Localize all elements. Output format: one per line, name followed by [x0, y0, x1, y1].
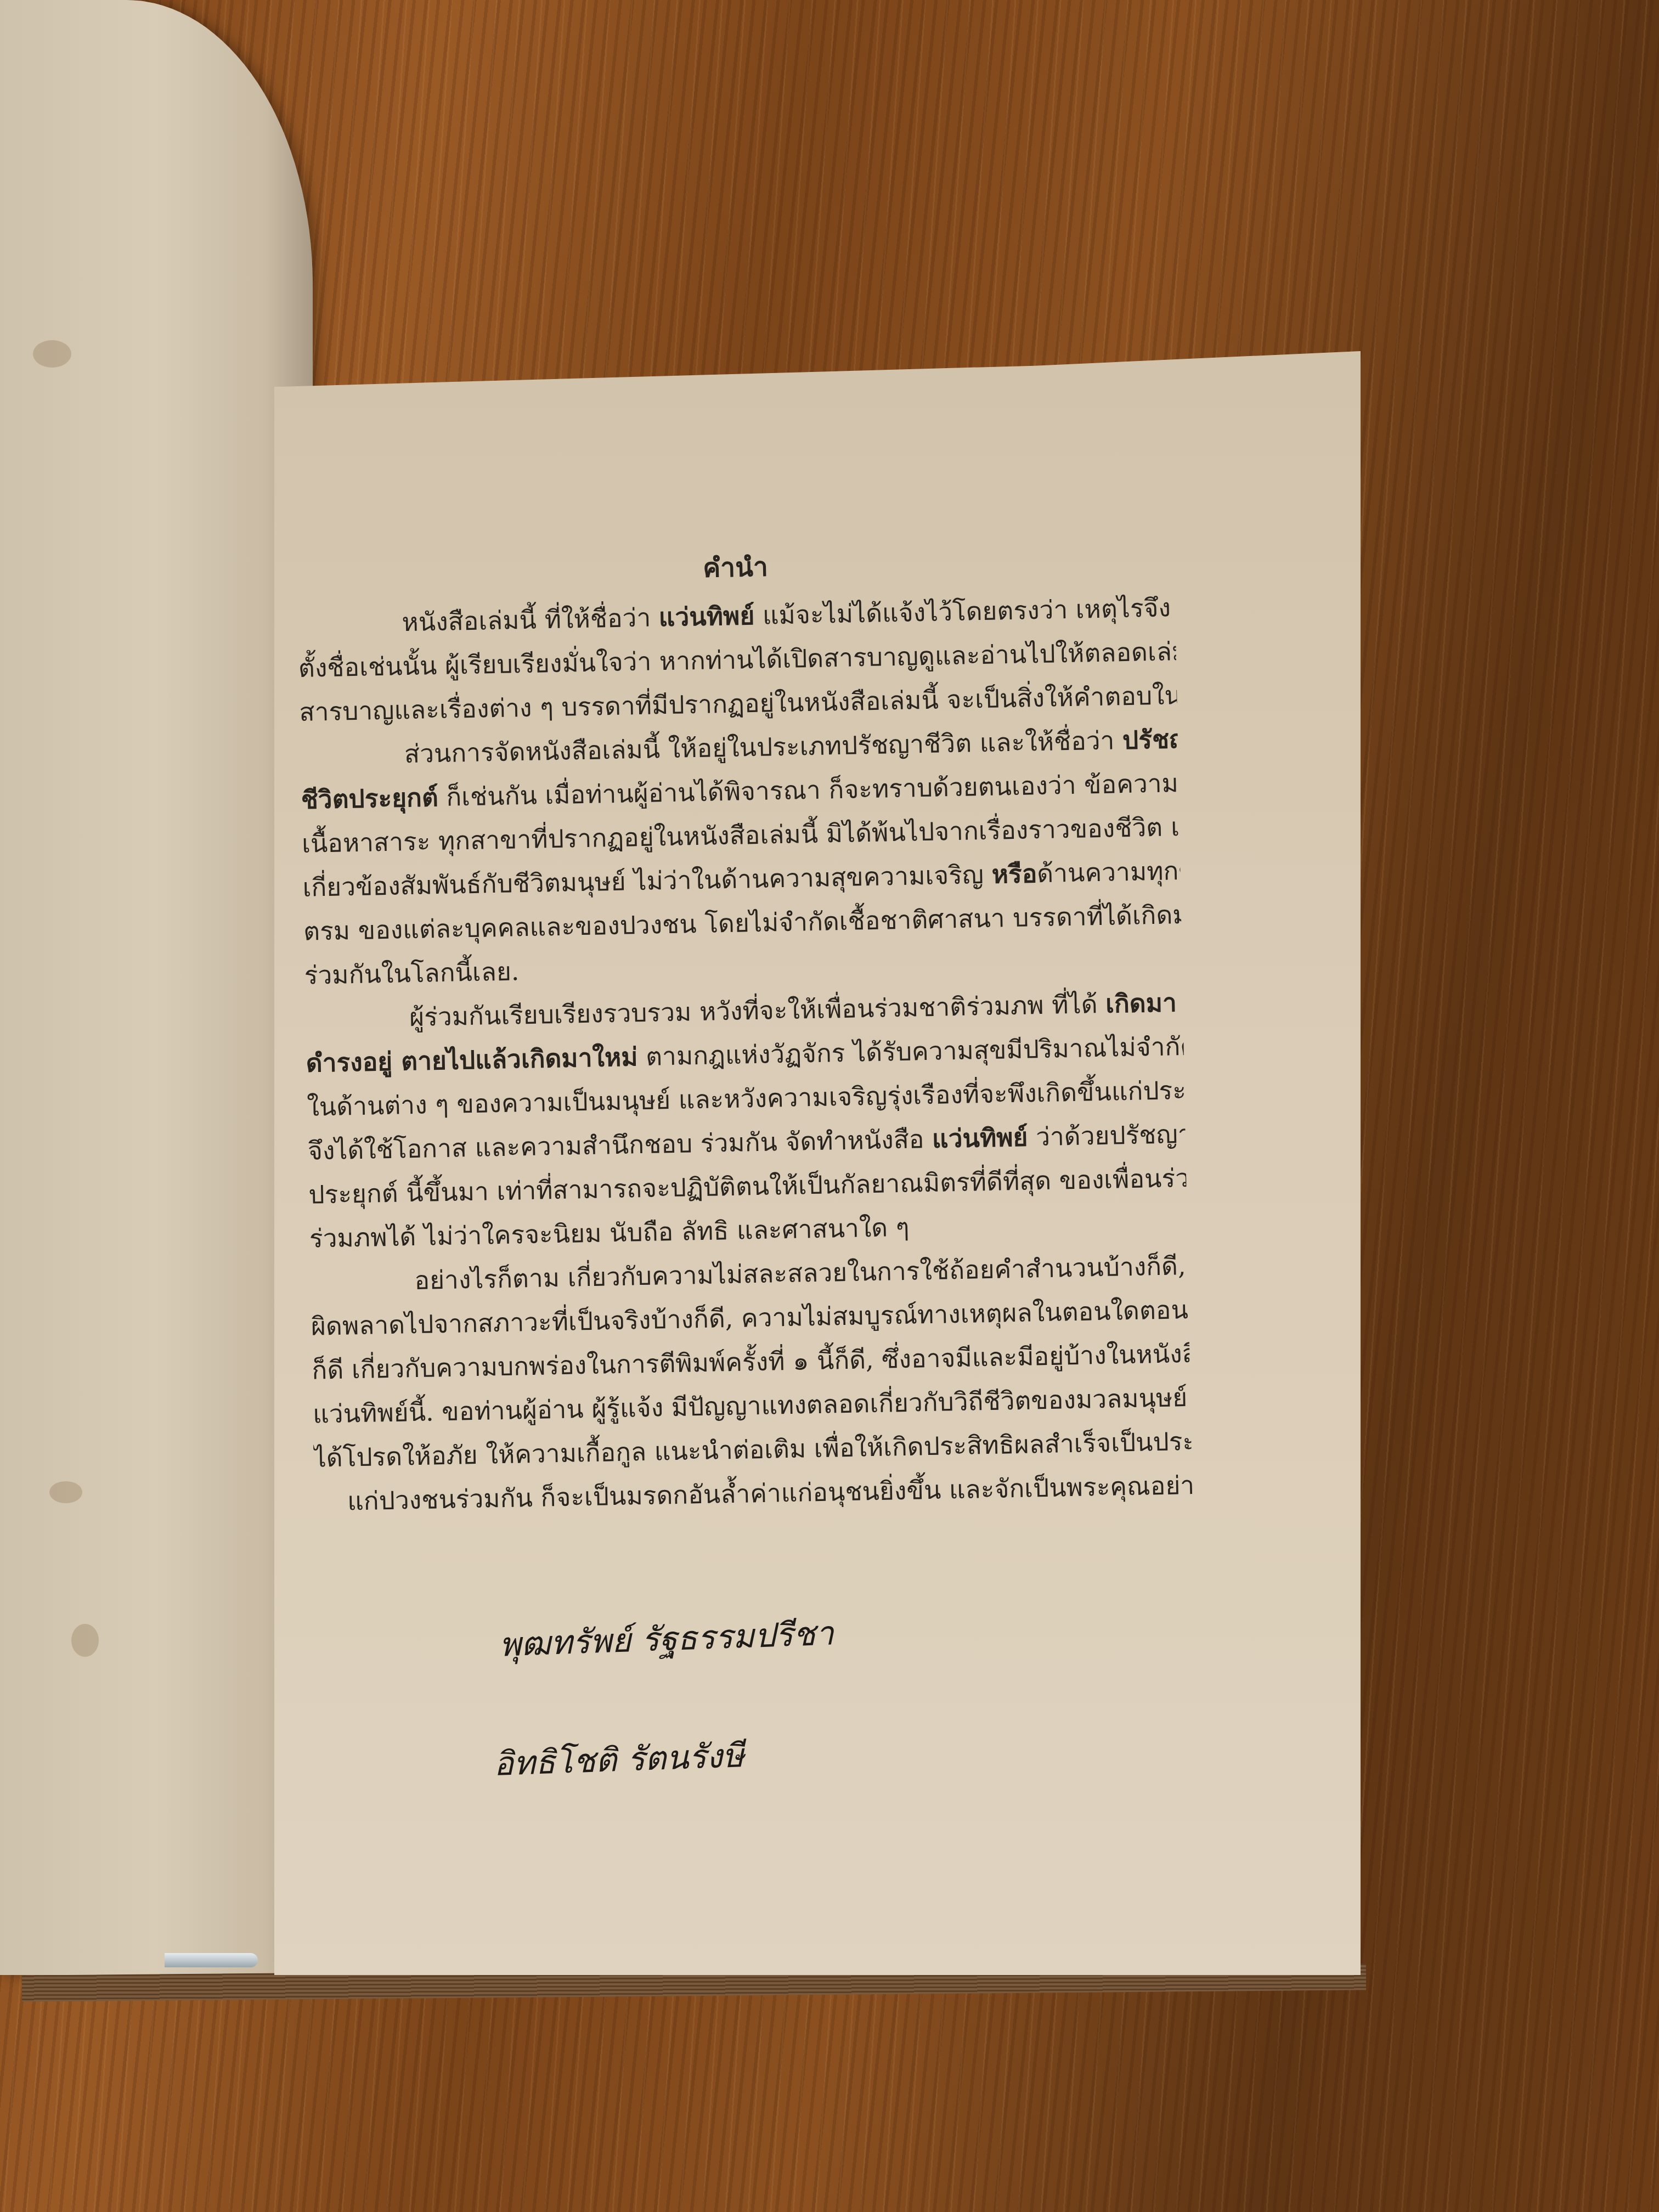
paragraph: อย่างไรก็ตาม เกี่ยวกับความไม่สละสลวยในกา… [310, 1244, 1193, 1524]
metal-clip [165, 1953, 258, 1967]
bold-term: เกิดมา [1105, 988, 1177, 1018]
text-segment: ด้านความทุกข์ความ [1037, 854, 1181, 888]
text-segment: ส่วนการจัดหนังสือเล่มนี้ ให้อยู่ในประเภท… [404, 725, 1123, 769]
page-stain [33, 340, 71, 368]
bold-term: ดำรงอยู่ [306, 1047, 401, 1078]
text-segment: ร่วมกันในโลกนี้เลย. [304, 956, 520, 990]
text-segment: หนังสือเล่มนี้ ที่ให้ชื่อว่า [402, 602, 659, 637]
bold-term: หรือ [991, 859, 1037, 889]
text-segment: จึงได้ใช้โอกาส และความสำนึกชอบ ร่วมกัน จ… [307, 1124, 932, 1166]
text-segment: อย่างไรก็ตาม เกี่ยวกับความไม่สละสลวยในกา… [414, 1250, 1188, 1295]
text-segment: ว่าด้วยปรัชญาชีวิต [1028, 1118, 1186, 1152]
left-page-curled [0, 0, 313, 1975]
text-segment: เกี่ยวข้องสัมพันธ์กับชีวิตมนุษย์ ไม่ว่าใ… [302, 860, 992, 902]
bold-term: ชีวิตประยุกต์ [301, 782, 438, 815]
paragraph: หนังสือเล่มนี้ ที่ให้ชื่อว่า แว่นทิพย์ แ… [297, 585, 1177, 734]
signature-2: อิทธิโชติ รัตนรังษี [493, 1729, 745, 1790]
text-segment: แม้จะไม่ได้แจ้งไว้โดยตรงว่า เหตุไรจึง [754, 592, 1171, 630]
page-stain [71, 1624, 99, 1657]
bold-term: แว่นทิพย์ [932, 1122, 1028, 1154]
page-stain [49, 1481, 82, 1503]
preface-paragraphs: หนังสือเล่มนี้ ที่ให้ชื่อว่า แว่นทิพย์ แ… [297, 585, 1193, 1523]
bold-term: แว่นทิพย์ [658, 601, 755, 632]
preface-text-block: คำนำ หนังสือเล่มนี้ ที่ให้ชื่อว่า แว่นทิ… [296, 537, 1193, 1523]
bold-term: ตายไปแล้วเกิดมาใหม่ [401, 1042, 638, 1076]
text-segment: ก็เช่นกัน เมื่อท่านผู้อ่านได้พิจารณา ก็จ… [438, 768, 1178, 812]
text-segment: ตามกฎแห่งวัฏจักร ได้รับความสุขมีปริมาณไม… [637, 1031, 1184, 1072]
text-segment: ผู้ร่วมกันเรียบเรียงรวบรวม หวังที่จะให้เ… [409, 989, 1106, 1032]
bold-term: ปรัชญา [1122, 724, 1178, 755]
paragraph: ส่วนการจัดหนังสือเล่มนี้ ให้อยู่ในประเภท… [300, 717, 1182, 997]
paragraph: ผู้ร่วมกันเรียบเรียงรวบรวม หวังที่จะให้เ… [305, 980, 1188, 1261]
text-segment: ร่วมภพได้ ไม่ว่าใครจะนิยม นับถือ ลัทธิ แ… [309, 1212, 910, 1254]
